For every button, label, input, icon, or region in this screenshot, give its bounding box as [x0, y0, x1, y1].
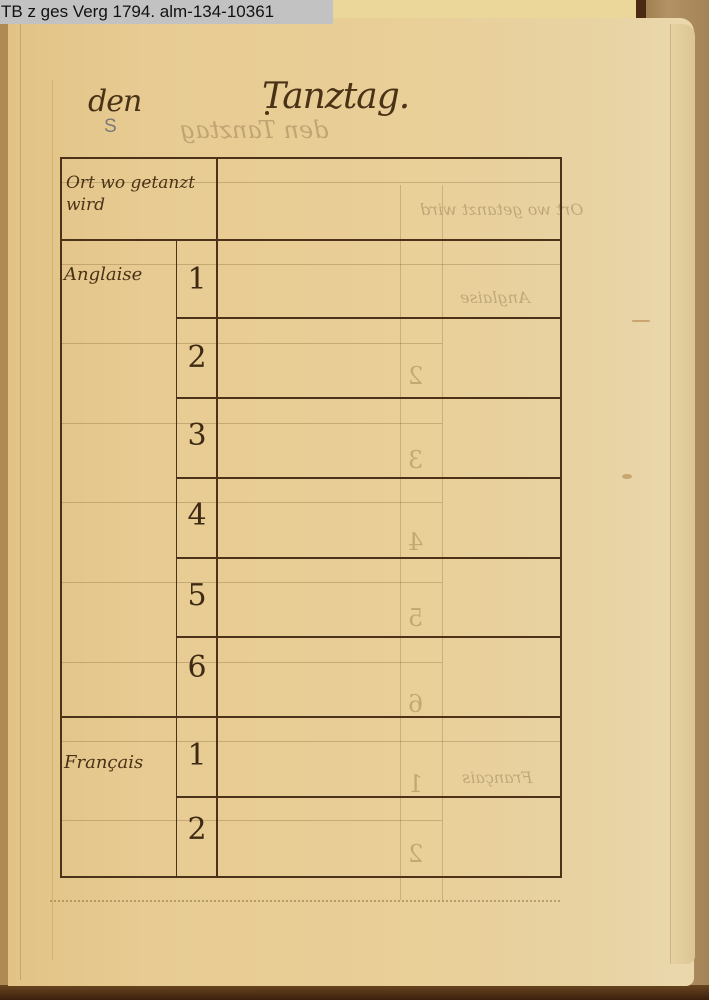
- bleed-through-number: 2: [408, 362, 423, 390]
- gutter-line: [20, 20, 21, 980]
- table-row-entry[interactable]: [218, 242, 560, 317]
- heading-den: den: [88, 84, 141, 119]
- row-number: 4: [178, 498, 216, 533]
- row-divider: [177, 397, 562, 399]
- heading-tanztag: Tanztag.: [262, 76, 409, 117]
- table-row-entry[interactable]: [218, 480, 560, 557]
- group-divider: [60, 716, 562, 718]
- group-label-anglaise: Anglaise: [64, 264, 142, 285]
- annotation-marker: S: [104, 116, 117, 138]
- adjacent-page-edge: [330, 0, 640, 18]
- bleed-through-number: 4: [408, 528, 423, 556]
- paper-mark: [632, 320, 650, 322]
- paper-stain: [622, 474, 632, 479]
- page-fore-edge: [670, 24, 695, 964]
- bleed-through-heading: den Tanztag: [180, 116, 329, 144]
- row-number: 1: [178, 262, 216, 297]
- gutter-line: [52, 80, 53, 960]
- bleed-through-number: 3: [408, 446, 423, 474]
- table-row-entry[interactable]: [218, 639, 560, 716]
- row-divider: [177, 796, 562, 798]
- bottom-shadow: [0, 985, 709, 1000]
- row-divider: [177, 317, 562, 319]
- bleed-through-number: 5: [408, 604, 423, 632]
- row-number: 3: [178, 418, 216, 453]
- bleed-through-number: 6: [408, 690, 423, 718]
- row-number: 5: [178, 578, 216, 613]
- faint-bottom-rule: [50, 900, 560, 902]
- bleed-through-number: 2: [408, 840, 423, 868]
- table-row-entry[interactable]: [218, 320, 560, 397]
- row-divider: [177, 477, 562, 479]
- row-number: 2: [178, 812, 216, 847]
- row-divider: [177, 557, 562, 559]
- table-row-entry[interactable]: [218, 400, 560, 477]
- image-title-label: TB z ges Verg 1794. alm-134-10361: [0, 0, 333, 24]
- row-divider: [177, 636, 562, 638]
- bleed-through-number: 1: [408, 770, 423, 798]
- group-label-francais: Français: [64, 752, 143, 773]
- row-number: 2: [178, 340, 216, 375]
- column-divider-number: [176, 240, 177, 878]
- binding-shadow: [636, 0, 646, 20]
- table-row-entry[interactable]: [218, 560, 560, 636]
- header-divider: [60, 239, 562, 241]
- header-place-label: Ort wo getanzt wird: [66, 172, 216, 216]
- bleed-through-header: Ort wo getanzt wird: [420, 200, 583, 219]
- row-number: 1: [178, 738, 216, 773]
- table-row-entry[interactable]: [218, 719, 560, 796]
- row-number: 6: [178, 650, 216, 685]
- table-row-entry[interactable]: [218, 799, 560, 876]
